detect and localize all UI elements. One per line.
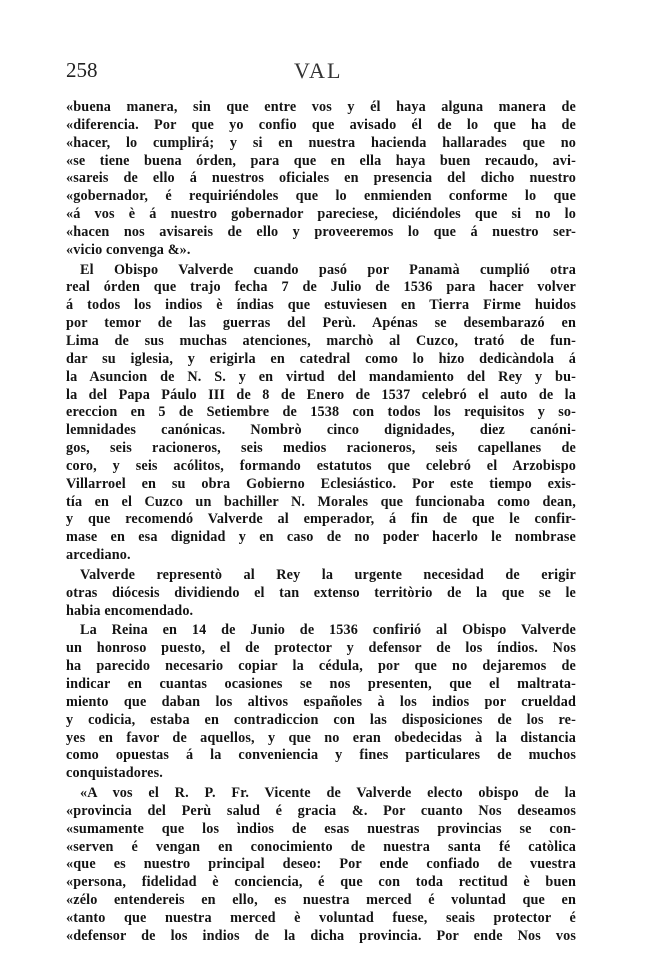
text-line: «hacer, lo cumplirá; y si en nuestra hac…	[66, 135, 576, 153]
page-number: 258	[66, 58, 98, 83]
text-line: Lima de sus muchas atenciones, marchò al…	[66, 333, 576, 351]
text-line: coro, y seis acólitos, formando estatuto…	[66, 458, 576, 476]
text-line: como opuestas á la conveniencia y fines …	[66, 747, 576, 765]
text-line: la del Papa Páulo III de 8 de Enero de 1…	[66, 387, 576, 405]
text-line: «defensor de los indios de la dicha prov…	[66, 928, 576, 946]
text-line: lemnidades canónicas. Nombrò cinco digni…	[66, 422, 576, 440]
text-line: «sumamente que los ìndios de esas nuestr…	[66, 821, 576, 839]
text-line: «tanto que nuestra merced è voluntad fue…	[66, 910, 576, 928]
text-line: La Reina en 14 de Junio de 1536 confirió…	[66, 622, 576, 640]
text-line: ha parecido necesario copiar la cédula, …	[66, 658, 576, 676]
running-head: VAL	[294, 58, 342, 84]
text-line: la Asuncion de N. S. y en virtud del man…	[66, 369, 576, 387]
text-line: «diferencia. Por que yo confio que avisa…	[66, 117, 576, 135]
paragraph: «A vos el R. P. Fr. Vicente de Valverde …	[66, 785, 576, 946]
page-header: 258 VAL	[66, 58, 576, 88]
paragraph: La Reina en 14 de Junio de 1536 confirió…	[66, 622, 576, 783]
text-line: «sareis de ello á nuestros oficiales en …	[66, 170, 576, 188]
text-line: y que recomendó Valverde al emperador, á…	[66, 511, 576, 529]
text-line: «á vos è á nuestro gobernador pareciese,…	[66, 206, 576, 224]
text-line: mase en esa dignidad y en caso de no pod…	[66, 529, 576, 547]
text-line: Villarroel en su obra Gobierno Eclesiást…	[66, 476, 576, 494]
text-line: El Obispo Valverde cuando pasó por Panam…	[66, 262, 576, 280]
text-line: real órden que trajo fecha 7 de Julio de…	[66, 279, 576, 297]
text-line: «hacen nos avisareis de ello y proveerem…	[66, 224, 576, 242]
paragraph: Valverde representò al Rey la urgente ne…	[66, 567, 576, 621]
body-text: «buena manera, sin que entre vos y él ha…	[66, 99, 576, 946]
text-line: arcediano.	[66, 547, 576, 565]
text-line: «se tiene buena órden, para que en ella …	[66, 153, 576, 171]
paragraph: El Obispo Valverde cuando pasó por Panam…	[66, 262, 576, 565]
text-line: miento que daban los altivos españoles à…	[66, 694, 576, 712]
text-line: «zélo entendereis en ello, es nuestra me…	[66, 892, 576, 910]
text-line: Valverde representò al Rey la urgente ne…	[66, 567, 576, 585]
text-line: yes en favor de aquellos, y que no eran …	[66, 730, 576, 748]
text-line: «persona, fidelidad è conciencia, é que …	[66, 874, 576, 892]
text-line: á todos los indios è índias que estuvies…	[66, 297, 576, 315]
text-line: gos, seis racioneros, seis medios racion…	[66, 440, 576, 458]
text-line: dar su iglesia, y erigirla en catedral c…	[66, 351, 576, 369]
text-line: indicar en cuantas ocasiones se nos pres…	[66, 676, 576, 694]
text-line: «serven é vengan en conocimiento de nues…	[66, 839, 576, 857]
text-line: y codicia, estaba en contradiccion con l…	[66, 712, 576, 730]
text-line: ereccion en 5 de Setiembre de 1538 con t…	[66, 404, 576, 422]
text-line: otras diócesis dividiendo el tan extenso…	[66, 585, 576, 603]
text-line: «vicio convenga &».	[66, 242, 576, 260]
text-line: «A vos el R. P. Fr. Vicente de Valverde …	[66, 785, 576, 803]
text-line: tía en el Cuzco un bachiller N. Morales …	[66, 494, 576, 512]
text-line: «provincia del Perù salud é gracia &. Po…	[66, 803, 576, 821]
text-line: un honroso puesto, el de protector y def…	[66, 640, 576, 658]
text-line: «que es nuestro principal deseo: Por end…	[66, 856, 576, 874]
text-line: conquistadores.	[66, 765, 576, 783]
text-line: «gobernador, é requiriéndoles que lo enm…	[66, 188, 576, 206]
text-line: por temor de las guerras del Perù. Apéna…	[66, 315, 576, 333]
text-line: «buena manera, sin que entre vos y él ha…	[66, 99, 576, 117]
text-line: habia encomendado.	[66, 603, 576, 621]
paragraph: «buena manera, sin que entre vos y él ha…	[66, 99, 576, 260]
